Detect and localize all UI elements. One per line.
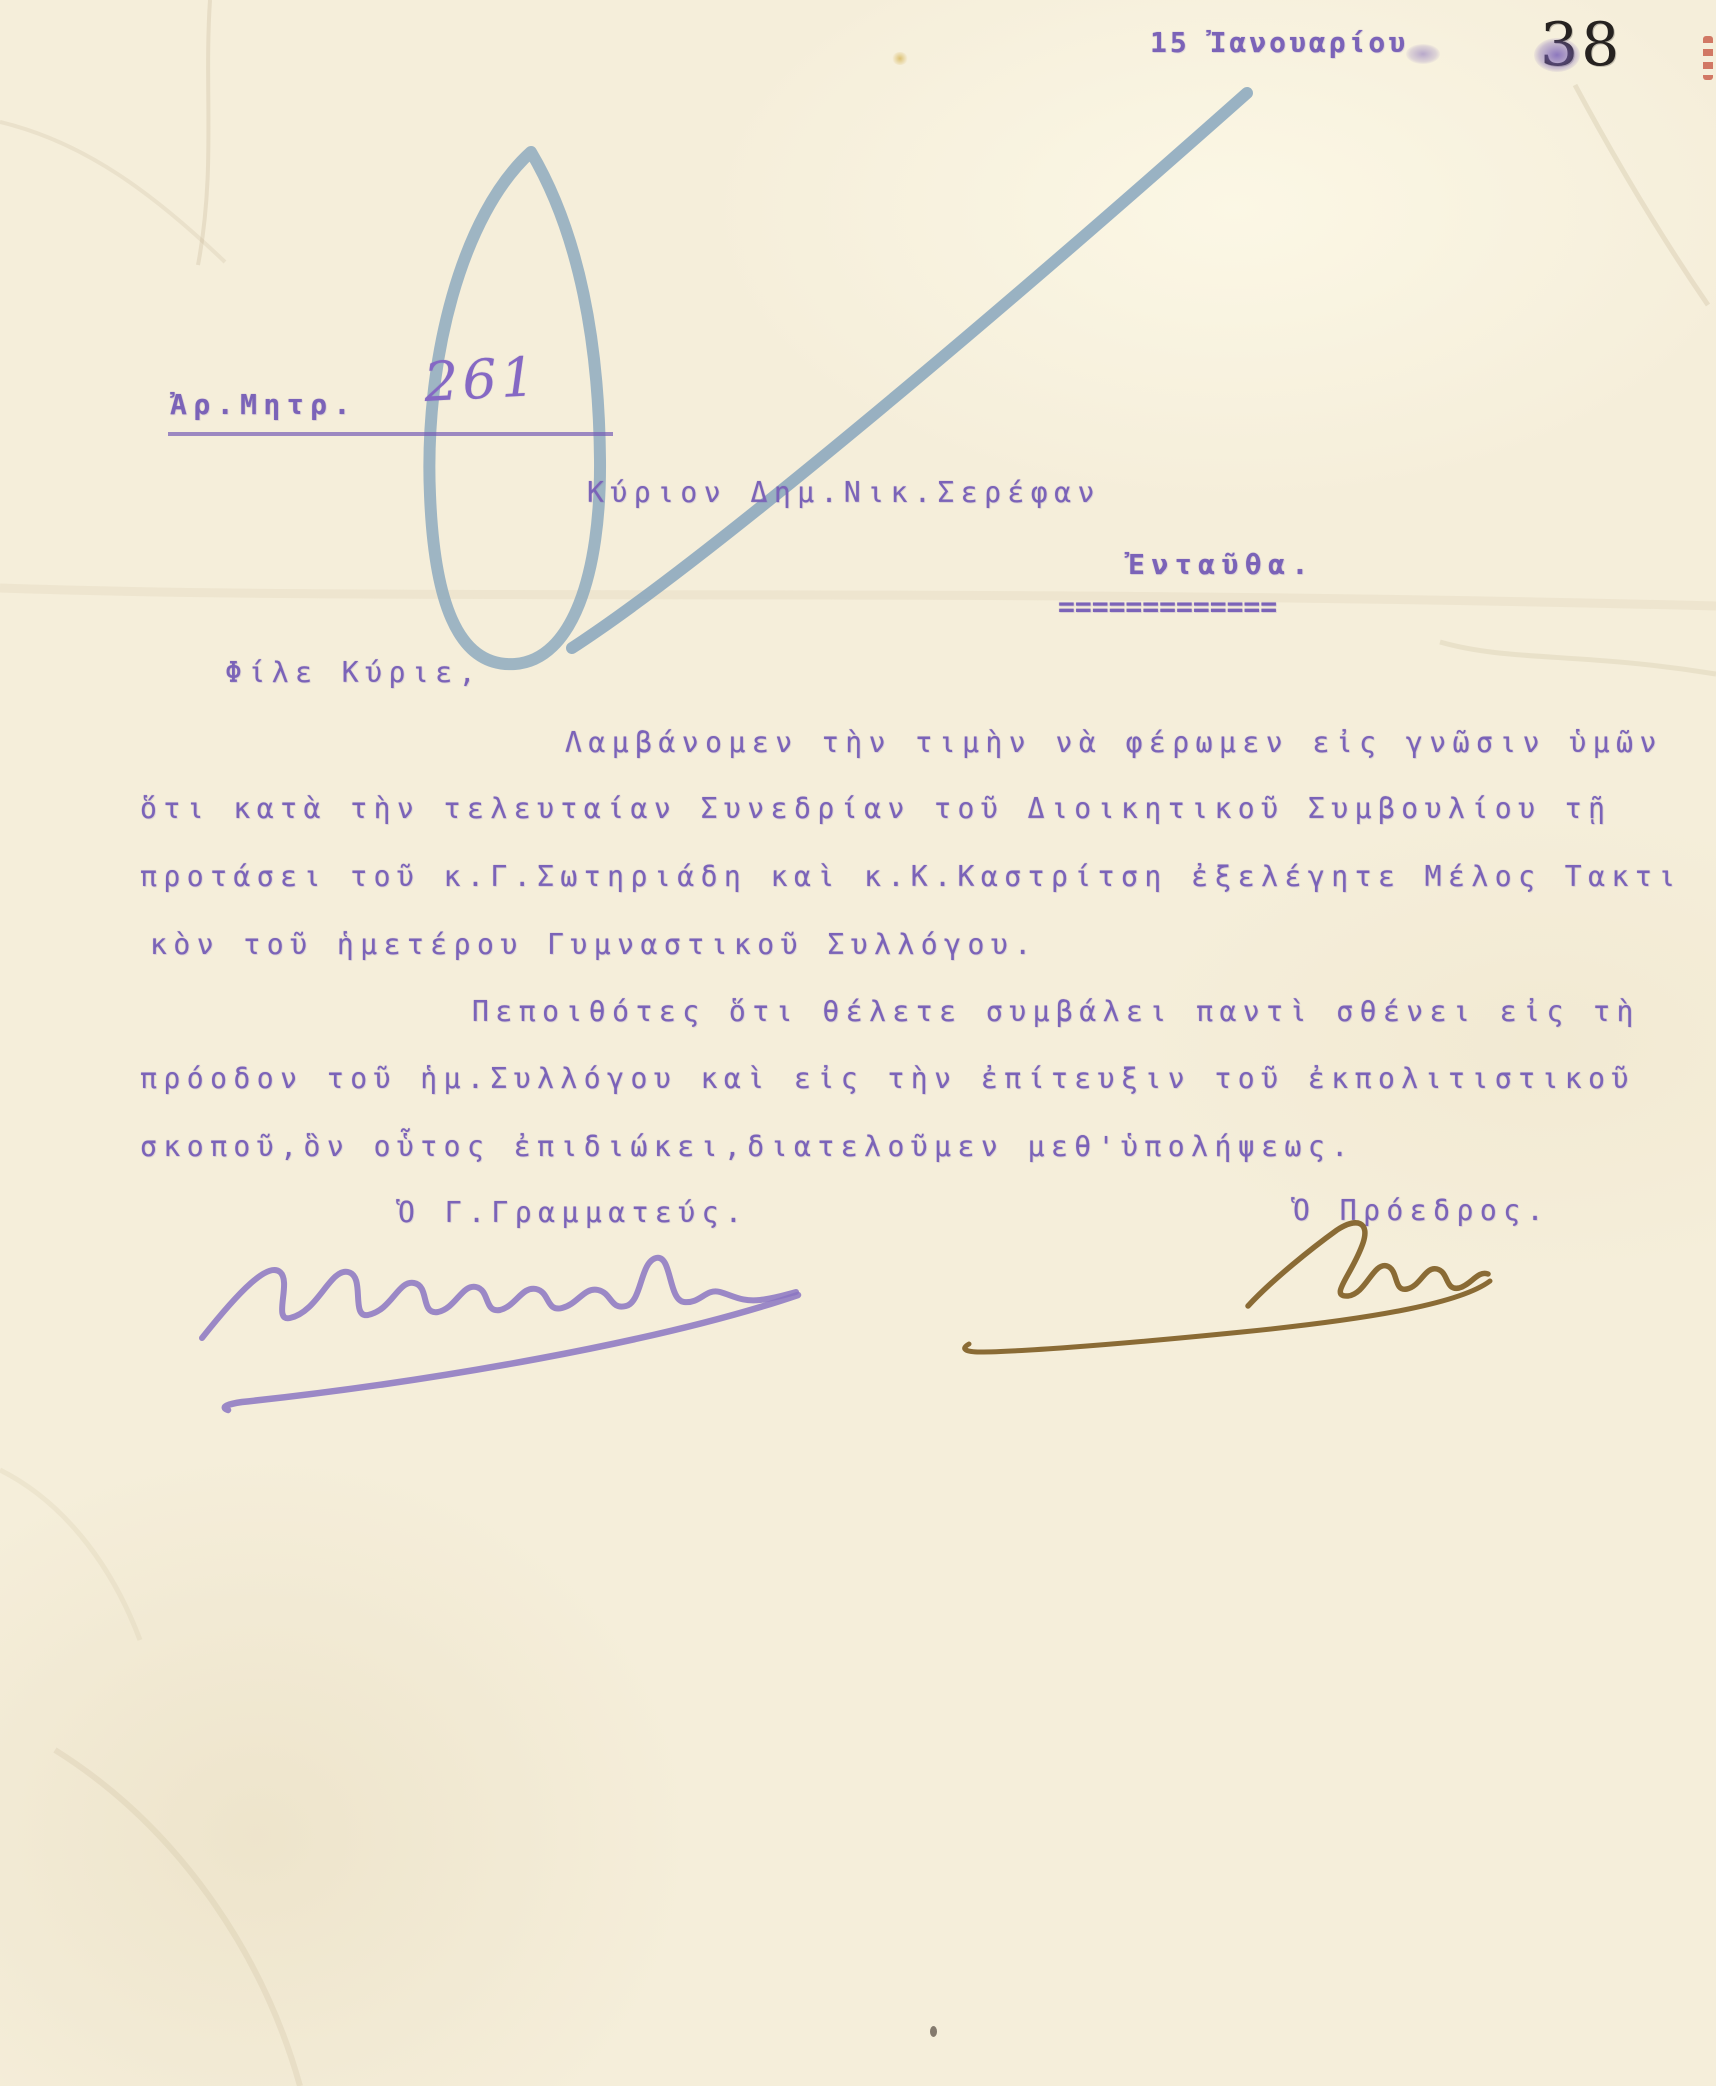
closing-president-title: Ὁ Πρόεδρος. <box>1293 1194 1550 1227</box>
president-signature <box>0 0 1716 2086</box>
registry-underline <box>168 432 613 436</box>
paper-creases <box>0 0 1716 2086</box>
body-line: κὸν τοῦ ἡμετέρου Γυμναστικοῦ Συλλόγου. <box>150 928 1038 961</box>
registry-number-handwritten: 261 <box>422 345 540 414</box>
ink-smudge <box>1406 44 1440 64</box>
ink-speck <box>930 2026 937 2037</box>
ink-smudge <box>1534 38 1580 72</box>
salutation: Φίλε Κύριε, <box>225 656 482 689</box>
date: 15 Ἰανουαρίου <box>1150 26 1408 59</box>
recipient-line: Κύριον Δημ.Νικ.Σερέφαν <box>587 476 1101 509</box>
closing-secretary-title: Ὁ Γ.Γραμματεύς. <box>398 1196 748 1229</box>
letter-page: 15 Ἰανουαρίου 38 Ἀρ.Μητρ. 261 Κύριον Δημ… <box>0 0 1716 2086</box>
body-line: προτάσει τοῦ κ.Γ.Σωτηριάδη καὶ κ.Κ.Καστρ… <box>140 860 1682 893</box>
blue-pencil-mark <box>0 0 1716 2086</box>
red-edge-mark <box>1703 36 1713 80</box>
location-line: Ἐνταῦθα. <box>1128 548 1315 581</box>
location-underline: ============= <box>1058 590 1277 623</box>
body-line: Πεποιθότες ὅτι θέλετε συμβάλει παντὶ σθέ… <box>472 995 1640 1028</box>
body-line: πρόοδον τοῦ ἡμ.Συλλόγου καὶ εἰς τὴν ἐπίτ… <box>140 1062 1635 1095</box>
registry-label: Ἀρ.Μητρ. <box>170 388 357 421</box>
secretary-signature <box>0 0 1716 2086</box>
body-line: σκοποῦ,ὃν οὗτος ἐπιδιώκει,διατελοῦμεν με… <box>140 1130 1355 1163</box>
foxing-spot <box>892 52 908 65</box>
body-line: Λαμβάνομεν τὴν τιμὴν νὰ φέρωμεν εἰς γνῶσ… <box>565 726 1663 759</box>
body-line: ὅτι κατὰ τὴν τελευταίαν Συνεδρίαν τοῦ Δι… <box>140 792 1612 825</box>
